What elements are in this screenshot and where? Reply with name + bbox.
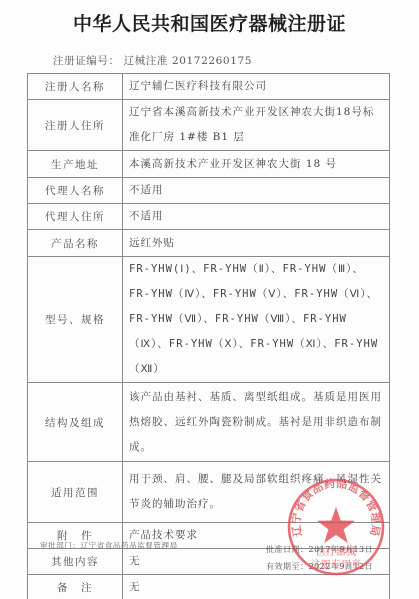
approval-department: 审批部门：辽宁省食品药品监督管理局 bbox=[40, 540, 178, 551]
registration-number-line: 注册证编号：辽械注准 20172260175 bbox=[53, 53, 252, 68]
valid-until-date: 有效期至：2022年9月12日 bbox=[266, 558, 373, 575]
row-value: 辽宁省本溪高新技术产业开发区神农大街18号标准化厂房 1#楼 B1 层 bbox=[123, 100, 390, 151]
table-row: 产品名称 远红外贴 bbox=[28, 230, 390, 257]
row-value: 不适用 bbox=[123, 178, 390, 204]
row-value: 不适用 bbox=[123, 204, 390, 230]
row-value: 远红外贴 bbox=[123, 230, 390, 257]
row-value: 用于颈、肩、腰、腿及局部软组织疼痛、风湿性关节炎的辅助治疗。 bbox=[123, 462, 390, 523]
table-row: 注册人名称 辽宁辅仁医疗科技有限公司 bbox=[28, 74, 390, 100]
row-label: 注册人住所 bbox=[28, 100, 123, 151]
registration-number-label: 注册证编号： bbox=[53, 55, 120, 67]
table-row: 注册人住所 辽宁省本溪高新技术产业开发区神农大街18号标准化厂房 1#楼 B1 … bbox=[28, 100, 390, 151]
approval-date: 批准日期：2017年9月13日 bbox=[266, 541, 373, 558]
table-row: 适用范围 用于颈、肩、腰、腿及局部软组织疼痛、风湿性关节炎的辅助治疗。 bbox=[28, 462, 390, 523]
table-row: 结构及组成 该产品由基衬、基质、离型纸组成。基质是用医用热熔胶、远红外陶瓷粉制成… bbox=[28, 383, 390, 462]
table-row: 代理人名称 不适用 bbox=[28, 178, 390, 204]
row-label: 其他内容 bbox=[28, 549, 123, 575]
row-label: 结构及组成 bbox=[28, 383, 123, 462]
row-label: 注册人名称 bbox=[28, 74, 123, 100]
row-value: FR-YHW(Ⅰ)、FR-YHW（Ⅱ）、FR-YHW（Ⅲ）、FR-YHW（Ⅳ）、… bbox=[123, 257, 390, 383]
row-label: 产品名称 bbox=[28, 230, 123, 257]
row-value: 辽宁辅仁医疗科技有限公司 bbox=[123, 74, 390, 100]
document-title: 中华人民共和国医疗器械注册证 bbox=[0, 9, 419, 36]
table-row: 型号、规格 FR-YHW(Ⅰ)、FR-YHW（Ⅱ）、FR-YHW（Ⅲ）、FR-Y… bbox=[28, 257, 390, 383]
dates-block: 批准日期：2017年9月13日 有效期至：2022年9月12日 bbox=[266, 541, 373, 575]
certificate-table: 注册人名称 辽宁辅仁医疗科技有限公司 注册人住所 辽宁省本溪高新技术产业开发区神… bbox=[27, 73, 390, 599]
row-label: 适用范围 bbox=[28, 462, 123, 523]
row-value: 本溪高新技术产业开发区神农大街 18 号 bbox=[123, 151, 390, 178]
row-label: 型号、规格 bbox=[28, 257, 123, 383]
row-label: 生产地址 bbox=[28, 151, 123, 178]
row-value: 无 bbox=[123, 575, 390, 599]
table-row: 代理人住所 不适用 bbox=[28, 204, 390, 230]
registration-number-value: 辽械注准 20172260175 bbox=[124, 55, 252, 67]
table-row: 生产地址 本溪高新技术产业开发区神农大街 18 号 bbox=[28, 151, 390, 178]
table-row: 备 注 无 bbox=[28, 575, 390, 599]
row-label: 备 注 bbox=[28, 575, 123, 599]
row-label: 代理人名称 bbox=[28, 178, 123, 204]
row-label: 代理人住所 bbox=[28, 204, 123, 230]
row-value: 该产品由基衬、基质、离型纸组成。基质是用医用热熔胶、远红外陶瓷粉制成。基衬是用非… bbox=[123, 383, 390, 462]
